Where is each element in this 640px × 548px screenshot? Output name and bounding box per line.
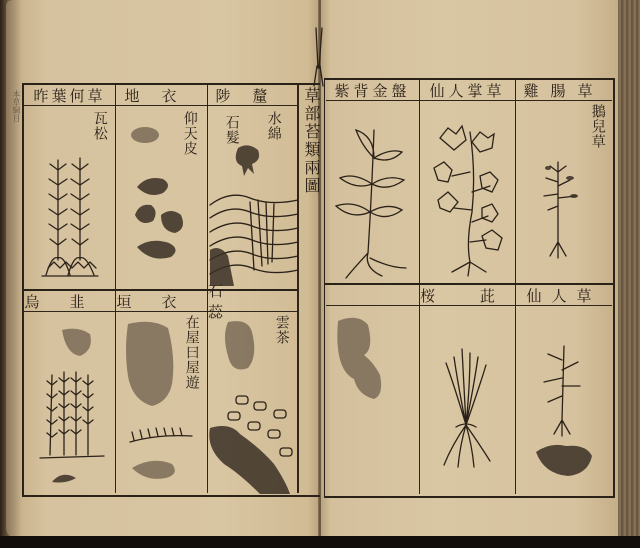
rock-lichen-icon: [208, 318, 298, 493]
book-edge-right: [618, 0, 640, 548]
bottom-shadow: [0, 536, 640, 548]
cell-label: 陟釐: [208, 85, 297, 106]
cell-label: 仙人掌草: [420, 80, 515, 101]
margin-text: 本草綱目: [12, 90, 22, 490]
fern-fronds-icon: [38, 320, 108, 490]
cell-label: 地衣: [116, 85, 207, 106]
water-weed-over-waves-icon: [210, 140, 298, 290]
cell-label: 石蕊: [208, 291, 297, 312]
cell-label: 昨葉何草: [24, 85, 115, 106]
cell-label: 桜 茈: [420, 285, 515, 306]
faded-blot-icon: [334, 315, 404, 425]
cell-label: 烏韭: [24, 291, 115, 312]
title-column: 草部苔類兩圖: [298, 83, 319, 493]
grass-bundle-icon: [436, 345, 496, 470]
cell-label: 垣衣: [116, 291, 207, 312]
cell-label: [326, 285, 419, 306]
small-sprig-icon: [530, 158, 590, 258]
lichen-clumps-icon: [125, 115, 205, 275]
cell-label: 雞腸草: [516, 80, 612, 101]
leafy-stem-icon: [334, 128, 414, 280]
cell-sublabel: 鵝兒草: [590, 104, 605, 149]
cell-label: 紫背金盤: [326, 80, 419, 101]
twin-stalk-plant-icon: [40, 150, 110, 280]
herb-on-rock-icon: [532, 340, 597, 480]
cell-sublabel: 瓦松: [92, 111, 107, 141]
page-title: 草部苔類兩圖: [300, 87, 323, 195]
cell-sublabel-a: 水綿: [266, 111, 281, 141]
open-book: 本草綱目 草部苔類兩圖 昨葉何草 瓦松 地衣 仰天皮 陟釐 水綿 石髮 烏韭 垣…: [0, 0, 640, 548]
flowering-plant-icon: [428, 112, 512, 277]
cell-label: 仙人草: [516, 285, 612, 306]
wall-moss-smudge-icon: [122, 318, 198, 488]
